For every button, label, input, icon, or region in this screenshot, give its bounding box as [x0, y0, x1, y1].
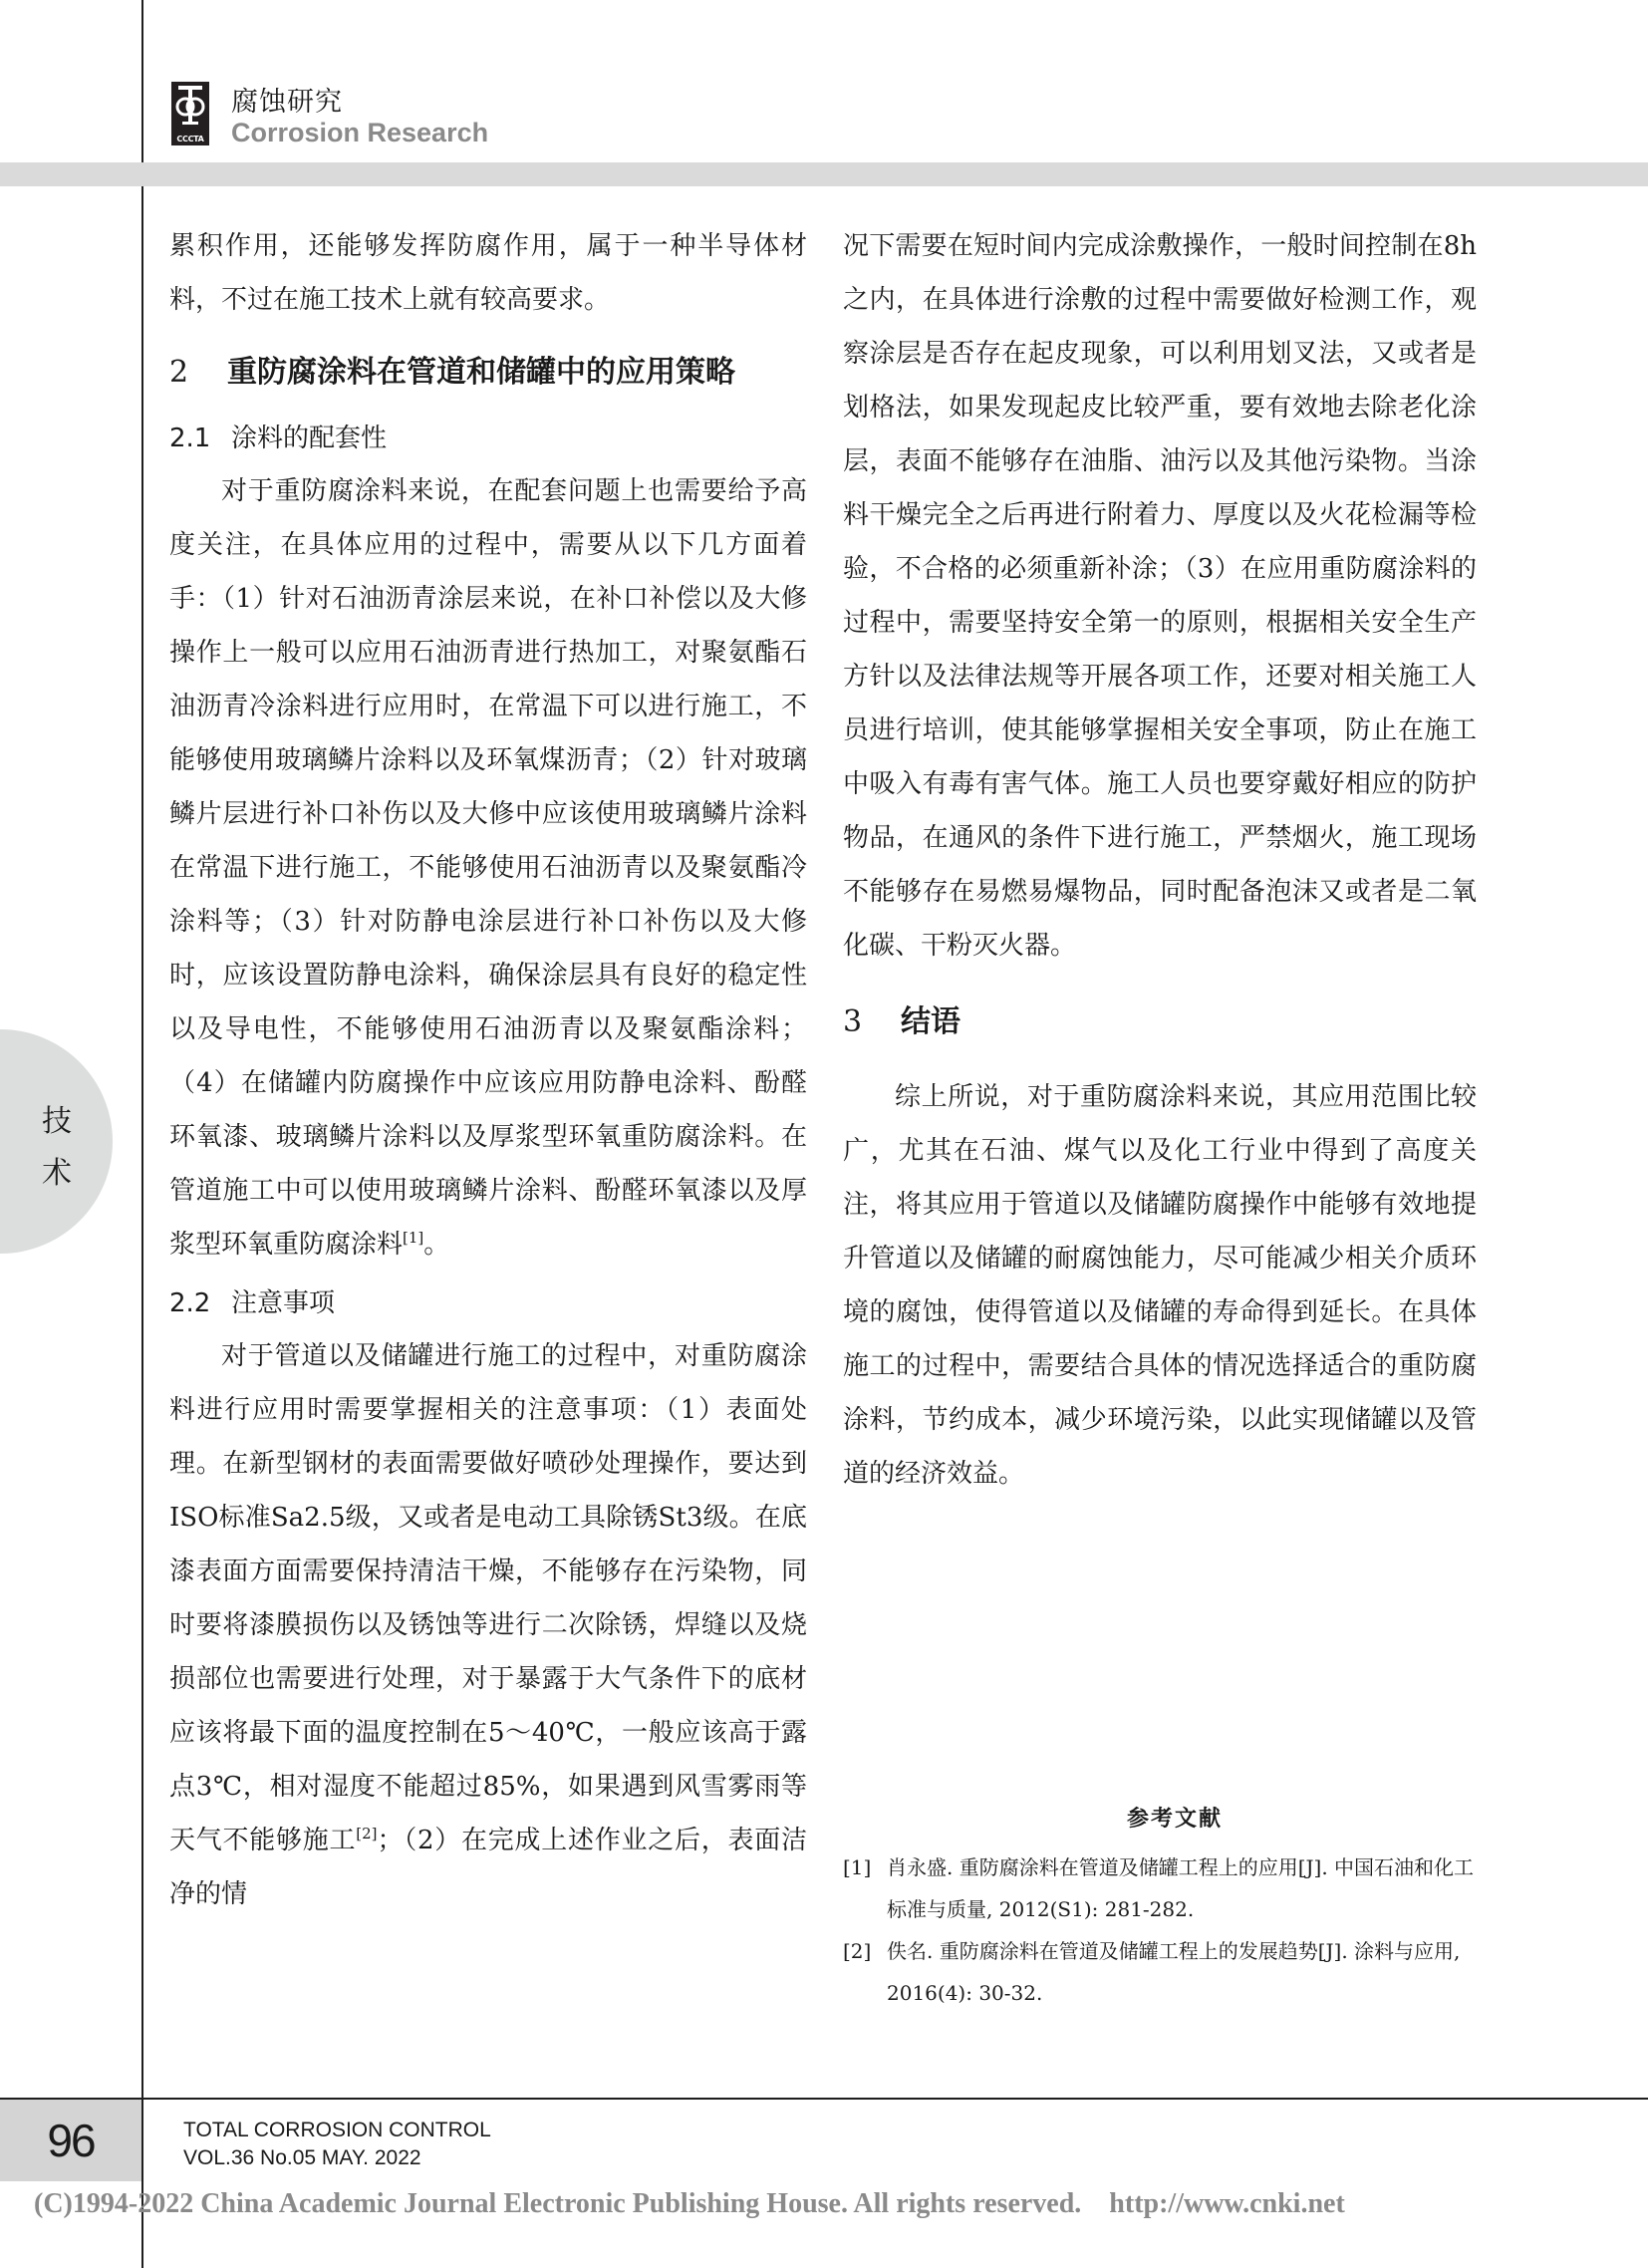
reference-item: [2] 佚名. 重防腐涂料在管道及储罐工程上的发展趋势[J]. 涂料与应用, 2…: [843, 1930, 1477, 2014]
section-number: 2: [169, 353, 227, 393]
reference-index: [2]: [843, 1930, 887, 2014]
section-2-heading: 2 重防腐涂料在管道和储罐中的应用策略: [169, 353, 807, 393]
intro-paragraph: 累积作用，还能够发挥防腐作用，属于一种半导体材料，不过在施工技术上就有较高要求。: [169, 219, 807, 327]
section-2-2-paragraph: 对于管道以及储罐进行施工的过程中，对重防腐涂料进行应用时需要掌握相关的注意事项：…: [169, 1329, 807, 1921]
section-3-heading: 3 结语: [843, 1002, 1477, 1042]
subsection-title: 涂料的配套性: [231, 421, 387, 456]
vertical-margin-rule: [141, 0, 143, 2268]
references-title: 参考文献: [843, 1802, 1477, 1833]
cccta-emblem-icon: [174, 85, 206, 129]
subsection-number: 2.2: [169, 1285, 231, 1321]
logo-text: CCCTA: [176, 135, 203, 143]
journal-logo: CCCTA: [171, 82, 209, 145]
citation-link[interactable]: [1]: [403, 1229, 423, 1247]
section-tab-label: 技 术: [41, 1096, 73, 1200]
section-2-1-heading: 2.1 涂料的配套性: [169, 421, 807, 456]
continued-paragraph: 况下需要在短时间内完成涂敷操作，一般时间控制在8h之内，在具体进行涂敷的过程中需…: [843, 219, 1477, 973]
section-3-paragraph: 综上所说，对于重防腐涂料来说，其应用范围比较广，尤其在石油、煤气以及化工行业中得…: [843, 1070, 1477, 1501]
journal-title-en: Corrosion Research: [231, 118, 488, 148]
reference-item: [1] 肖永盛. 重防腐涂料在管道及储罐工程上的应用[J]. 中国石油和化工标准…: [843, 1846, 1477, 1930]
reference-text: 佚名. 重防腐涂料在管道及储罐工程上的发展趋势[J]. 涂料与应用, 2016(…: [887, 1930, 1477, 2014]
section-title: 结语: [901, 1002, 961, 1042]
footer-issue: VOL.36 No.05 MAY. 2022: [183, 2144, 491, 2172]
left-column: 累积作用，还能够发挥防腐作用，属于一种半导体材料，不过在施工技术上就有较高要求。…: [169, 219, 807, 1921]
journal-title-cn: 腐蚀研究: [231, 80, 343, 119]
section-number: 3: [843, 1002, 901, 1042]
footer-journal-name: TOTAL CORROSION CONTROL: [183, 2117, 491, 2144]
footer-journal-info: TOTAL CORROSION CONTROL VOL.36 No.05 MAY…: [183, 2117, 491, 2172]
section-title: 重防腐涂料在管道和储罐中的应用策略: [227, 353, 735, 393]
reference-index: [1]: [843, 1846, 887, 1930]
section-2-2-heading: 2.2 注意事项: [169, 1285, 807, 1321]
section-tab-char-1: 技: [41, 1096, 73, 1148]
section-tab-char-2: 术: [41, 1148, 73, 1200]
footer-rule: [0, 2098, 1648, 2100]
reference-text: 肖永盛. 重防腐涂料在管道及储罐工程上的应用[J]. 中国石油和化工标准与质量,…: [887, 1846, 1477, 1930]
subsection-title: 注意事项: [231, 1285, 335, 1321]
section-2-1-paragraph: 对于重防腐涂料来说，在配套问题上也需要给予高度关注，在具体应用的过程中，需要从以…: [169, 464, 807, 1272]
page-number: 96: [47, 2114, 94, 2167]
copyright-notice: (C)1994-2022 China Academic Journal Elec…: [34, 2188, 1345, 2220]
citation-link[interactable]: [2]: [356, 1825, 377, 1843]
header-band: [0, 162, 1648, 186]
right-column: 况下需要在短时间内完成涂敷操作，一般时间控制在8h之内，在具体进行涂敷的过程中需…: [843, 219, 1477, 1501]
paragraph-end: 。: [423, 1230, 449, 1260]
subsection-number: 2.1: [169, 421, 231, 456]
paragraph-text: 对于重防腐涂料来说，在配套问题上也需要给予高度关注，在具体应用的过程中，需要从以…: [169, 476, 807, 1260]
page-number-box: 96: [0, 2100, 141, 2181]
paragraph-text: 对于管道以及储罐进行施工的过程中，对重防腐涂料进行应用时需要掌握相关的注意事项：…: [169, 1341, 807, 1855]
references: 参考文献 [1] 肖永盛. 重防腐涂料在管道及储罐工程上的应用[J]. 中国石油…: [843, 1802, 1477, 2014]
